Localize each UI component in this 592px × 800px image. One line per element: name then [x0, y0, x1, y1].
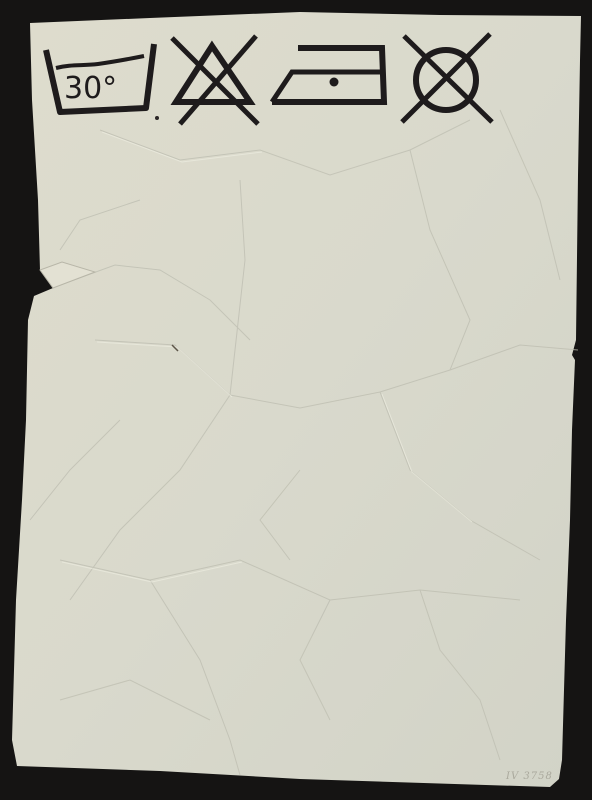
wash-temperature-label: 30° — [64, 71, 117, 106]
washtub-icon: 30° — [42, 40, 158, 116]
catalog-number: IV 3758 — [506, 771, 553, 782]
iron-one-dot-icon — [268, 40, 392, 108]
crossed-triangle-icon — [164, 32, 264, 126]
ink-speck — [155, 116, 159, 120]
care-symbols-row: 30° — [0, 0, 592, 140]
crossed-circle-icon — [396, 30, 496, 126]
